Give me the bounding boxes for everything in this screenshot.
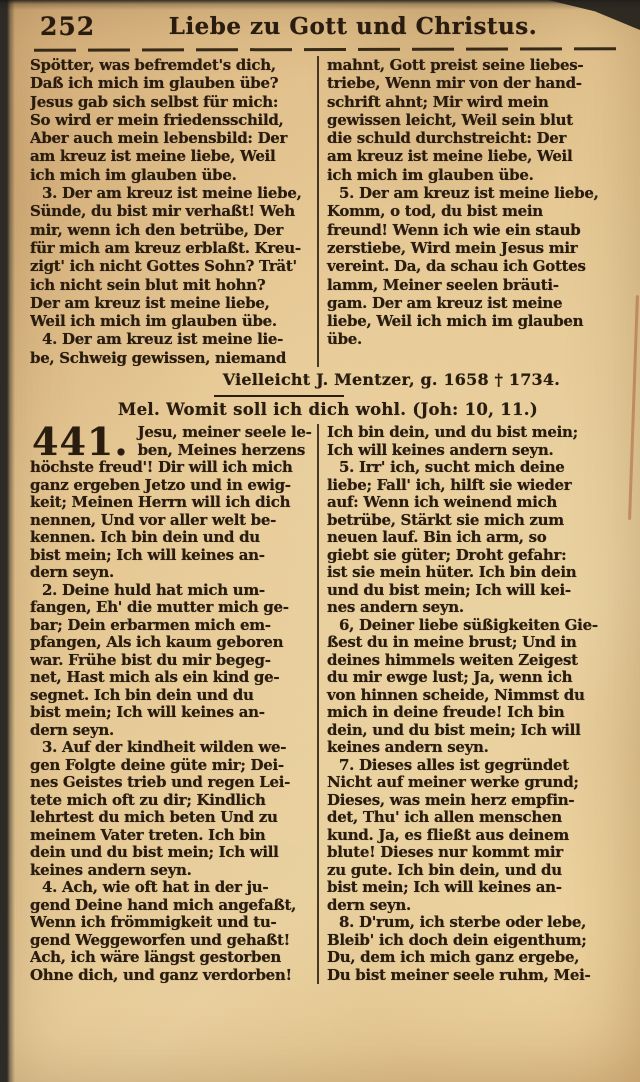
- text-line: Du bist meiner seele ruhm, Mei-: [327, 967, 626, 985]
- text-line: 2. Deine huld hat mich um-: [30, 582, 317, 600]
- attribution: Vielleicht J. Mentzer, g. 1658 † 1734.: [30, 370, 560, 389]
- text-line: bar; Dein erbarmen mich em-: [30, 617, 317, 635]
- text-line: Nicht auf meiner werke grund;: [327, 774, 626, 792]
- text-line: deines himmels weiten Zeigest: [327, 652, 626, 670]
- text-line: ßest du in meine brust; Und in: [327, 634, 626, 652]
- text-line: am kreuz ist meine liebe, Weil: [30, 147, 317, 165]
- text-line: 3. Auf der kindheit wilden we-: [30, 739, 317, 757]
- text-line: du mir ewge lust; Ja, wenn ich: [327, 669, 626, 687]
- text-line: ich mich im glauben übe.: [327, 166, 626, 184]
- text-line: übe.: [327, 330, 626, 348]
- hymn-441-right-column: Ich bin dein, und du bist mein;Ich will …: [317, 424, 626, 984]
- text-line: net, Hast mich als ein kind ge-: [30, 669, 317, 687]
- text-line: war. Frühe bist du mir begeg-: [30, 652, 317, 670]
- text-line: 6, Deiner liebe süßigkeiten Gie-: [327, 617, 626, 635]
- text-line: am kreuz ist meine liebe, Weil: [327, 147, 626, 165]
- section-divider-rule: [214, 395, 344, 397]
- text-line: Bleib' ich doch dein eigenthum;: [327, 932, 626, 950]
- text-line: Ich bin dein, und du bist mein;: [327, 424, 626, 442]
- text-line: mir, wenn ich den betrübe, Der: [30, 221, 317, 239]
- hymn-441-left-column: 441. Jesu, meiner seele le-ben, Meines h…: [30, 424, 317, 984]
- text-line: neuen lauf. Bin ich arm, so: [327, 529, 626, 547]
- text-line: dern seyn.: [30, 564, 317, 582]
- text-line: lamm, Meiner seelen bräuti-: [327, 276, 626, 294]
- text-line: betrübe, Stärkt sie mich zum: [327, 512, 626, 530]
- text-line: tete mich oft zu dir; Kindlich: [30, 792, 317, 810]
- text-line: gend Deine hand mich angefaßt,: [30, 897, 317, 915]
- text-line: ist sie mein hüter. Ich bin dein: [327, 564, 626, 582]
- book-page: 252 Liebe zu Gott und Christus. Spötter,…: [0, 0, 640, 1082]
- text-line: Daß ich mich im glauben übe?: [30, 74, 317, 92]
- text-line: fangen, Eh' die mutter mich ge-: [30, 599, 317, 617]
- text-line: auf: Wenn ich weinend mich: [327, 494, 626, 512]
- text-line: ich nicht sein blut mit hohn?: [30, 276, 317, 294]
- text-line: bist mein; Ich will keines an-: [30, 704, 317, 722]
- text-line: det, Thu' ich allen menschen: [327, 809, 626, 827]
- text-line: mich in deine freude! Ich bin: [327, 704, 626, 722]
- text-line: keit; Meinen Herrn will ich dich: [30, 494, 317, 512]
- page-content: 252 Liebe zu Gott und Christus. Spötter,…: [0, 0, 640, 984]
- text-line: bist mein; Ich will keines an-: [30, 547, 317, 565]
- text-line: mahnt, Gott preist seine liebes-: [327, 56, 626, 74]
- text-line: 4. Ach, wie oft hat in der ju-: [30, 879, 317, 897]
- text-line: Du, dem ich mich ganz ergebe,: [327, 949, 626, 967]
- page-title: Liebe zu Gott und Christus.: [110, 13, 596, 40]
- text-line: liebe, Weil ich mich im glauben: [327, 312, 626, 330]
- text-line: lehrtest du mich beten Und zu: [30, 809, 317, 827]
- text-line: höchste freud'! Dir will ich mich: [30, 459, 317, 477]
- text-line: 5. Irr' ich, sucht mich deine: [327, 459, 626, 477]
- text-line: Der am kreuz ist meine liebe,: [30, 294, 317, 312]
- text-line: zu gute. Ich bin dein, und du: [327, 862, 626, 880]
- text-line: schrift ahnt; Mir wird mein: [327, 93, 626, 111]
- text-line: keines andern seyn.: [327, 739, 626, 757]
- text-line: Spötter, was befremdet's dich,: [30, 56, 317, 74]
- text-line: segnet. Ich bin dein und du: [30, 687, 317, 705]
- text-line: triebe, Wenn mir von der hand-: [327, 74, 626, 92]
- text-line: von hinnen scheide, Nimmst du: [327, 687, 626, 705]
- text-line: gewissen leicht, Weil sein blut: [327, 111, 626, 129]
- text-line: giebt sie güter; Droht gefahr:: [327, 547, 626, 565]
- page-header: 252 Liebe zu Gott und Christus.: [30, 10, 626, 44]
- text-line: 7. Dieses alles ist gegründet: [327, 757, 626, 775]
- hymn-441: 441. Jesu, meiner seele le-ben, Meines h…: [30, 424, 626, 984]
- text-line: Dieses, was mein herz empfin-: [327, 792, 626, 810]
- text-line: dein und du bist mein; Ich will: [30, 844, 317, 862]
- text-line: bist mein; Ich will keines an-: [327, 879, 626, 897]
- text-line: Ich will keines andern seyn.: [327, 442, 626, 460]
- text-line: Wenn ich frömmigkeit und tu-: [30, 914, 317, 932]
- text-line: Komm, o tod, du bist mein: [327, 202, 626, 220]
- text-line: pfangen, Als ich kaum geboren: [30, 634, 317, 652]
- text-line: meinem Vater treten. Ich bin: [30, 827, 317, 845]
- text-line: gam. Der am kreuz ist meine: [327, 294, 626, 312]
- text-line: So wird er mein friedensschild,: [30, 111, 317, 129]
- hymn-441-left-text: Jesu, meiner seele le-ben, Meines herzen…: [30, 424, 317, 984]
- text-line: 4. Der am kreuz ist meine lie-: [30, 330, 317, 348]
- text-line: kennen. Ich bin dein und du: [30, 529, 317, 547]
- text-line: nes andern seyn.: [327, 599, 626, 617]
- text-line: kund. Ja, es fließt aus deinem: [327, 827, 626, 845]
- text-line: 5. Der am kreuz ist meine liebe,: [327, 184, 626, 202]
- text-line: Aber auch mein lebensbild: Der: [30, 129, 317, 147]
- header-rule: [34, 47, 618, 52]
- text-line: Sünde, du bist mir verhaßt! Weh: [30, 202, 317, 220]
- hymn-440-right-column: mahnt, Gott preist seine liebes-triebe, …: [317, 56, 626, 367]
- text-line: freund! Wenn ich wie ein staub: [327, 221, 626, 239]
- text-line: Jesus gab sich selbst für mich:: [30, 93, 317, 111]
- page-number: 252: [40, 12, 95, 41]
- text-line: be, Schweig gewissen, niemand: [30, 349, 317, 367]
- text-line: dern seyn.: [30, 722, 317, 740]
- melody-heading: Mel. Womit soll ich dich wohl. (Joh: 10,…: [30, 400, 626, 419]
- text-line: nes Geistes trieb und regen Lei-: [30, 774, 317, 792]
- text-line: 8. D'rum, ich sterbe oder lebe,: [327, 914, 626, 932]
- text-line: zigt' ich nicht Gottes Sohn? Trät': [30, 257, 317, 275]
- text-line: und du bist mein; Ich will kei-: [327, 582, 626, 600]
- text-line: ich mich im glauben übe.: [30, 166, 317, 184]
- text-line: nennen, Und vor aller welt be-: [30, 512, 317, 530]
- hymn-440-continuation: Spötter, was befremdet's dich,Daß ich mi…: [30, 56, 626, 367]
- hymn-440-left-column: Spötter, was befremdet's dich,Daß ich mi…: [30, 56, 317, 367]
- text-line: zerstiebe, Wird mein Jesus mir: [327, 239, 626, 257]
- text-line: die schuld durchstreicht: Der: [327, 129, 626, 147]
- text-line: für mich am kreuz erblaßt. Kreu-: [30, 239, 317, 257]
- text-line: liebe; Fall' ich, hilft sie wieder: [327, 477, 626, 495]
- hymn-number: 441.: [30, 424, 138, 458]
- text-line: keines andern seyn.: [30, 862, 317, 880]
- text-line: dern seyn.: [327, 897, 626, 915]
- text-line: dein, und du bist mein; Ich will: [327, 722, 626, 740]
- text-line: blute! Dieses nur kommt mir: [327, 844, 626, 862]
- text-line: gen Folgte deine güte mir; Dei-: [30, 757, 317, 775]
- text-line: gend Weggeworfen und gehaßt!: [30, 932, 317, 950]
- text-line: Weil ich mich im glauben übe.: [30, 312, 317, 330]
- text-line: vereint. Da, da schau ich Gottes: [327, 257, 626, 275]
- text-line: Ohne dich, und ganz verdorben!: [30, 967, 317, 985]
- text-line: 3. Der am kreuz ist meine liebe,: [30, 184, 317, 202]
- text-line: ganz ergeben Jetzo und in ewig-: [30, 477, 317, 495]
- text-line: Ach, ich wäre längst gestorben: [30, 949, 317, 967]
